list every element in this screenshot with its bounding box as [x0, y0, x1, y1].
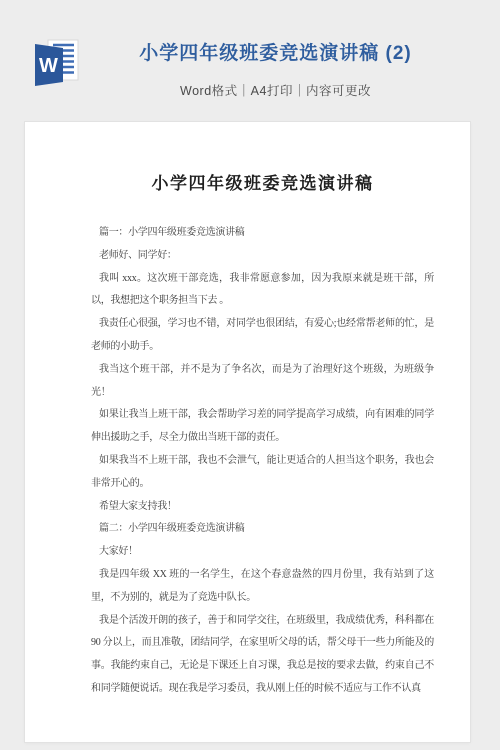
document-paragraph: 我是个活泼开朗的孩子，善于和同学交往，在班级里，我成绩优秀，科科都在 90 分以… — [91, 610, 434, 701]
preview-subtitle: Word格式｜A4打印｜内容可更改 — [81, 81, 470, 99]
document-paragraph: 如果我当不上班干部，我也不会泄气，能让更适合的人担当这个职务，我也会非常开心的。 — [91, 450, 434, 496]
document-paragraph: 篇一：小学四年级班委竞选演讲稿 — [91, 222, 434, 245]
document-page: 小学四年级班委竞选演讲稿 篇一：小学四年级班委竞选演讲稿 老师好、同学好： 我叫… — [25, 122, 470, 742]
document-title: 小学四年级班委竞选演讲稿 — [91, 174, 434, 194]
document-paragraph: 篇二：小学四年级班委竞选演讲稿 — [91, 518, 434, 541]
document-paragraph: 我责任心很强，学习也不错，对同学也很团结，有爱心;也经常帮老师的忙，是老师的小助… — [91, 313, 434, 359]
document-body: 篇一：小学四年级班委竞选演讲稿 老师好、同学好： 我叫 xxx。这次班干部竞选，… — [91, 222, 434, 701]
document-paragraph: 如果让我当上班干部，我会帮助学习差的同学提高学习成绩，向有困难的同学伸出援助之手… — [91, 404, 434, 450]
document-preview-screen: { "header": { "icon": "word-logo-icon", … — [0, 0, 500, 750]
document-paragraph: 老师好、同学好： — [91, 245, 434, 268]
preview-header-text: 小学四年级班委竞选演讲稿 (2) Word格式｜A4打印｜内容可更改 — [81, 38, 500, 99]
word-logo-icon: W — [33, 38, 81, 86]
document-paragraph: 我是四年级 XX 班的一名学生，在这个春意盎然的四月份里，我有站到了这里，不为别… — [91, 564, 434, 610]
document-paragraph: 希望大家支持我！ — [91, 496, 434, 519]
document-paragraph: 大家好！ — [91, 541, 434, 564]
document-paragraph: 我当这个班干部，并不是为了争名次，而是为了治理好这个班级，为班级争光！ — [91, 359, 434, 405]
preview-title: 小学四年级班委竞选演讲稿 (2) — [81, 43, 470, 65]
svg-text:W: W — [39, 55, 58, 77]
document-paragraph: 我叫 xxx。这次班干部竞选，我非常愿意参加，因为我原来就是班干部，所以，我想把… — [91, 268, 434, 314]
preview-header: W 小学四年级班委竞选演讲稿 (2) Word格式｜A4打印｜内容可更改 — [0, 0, 500, 99]
